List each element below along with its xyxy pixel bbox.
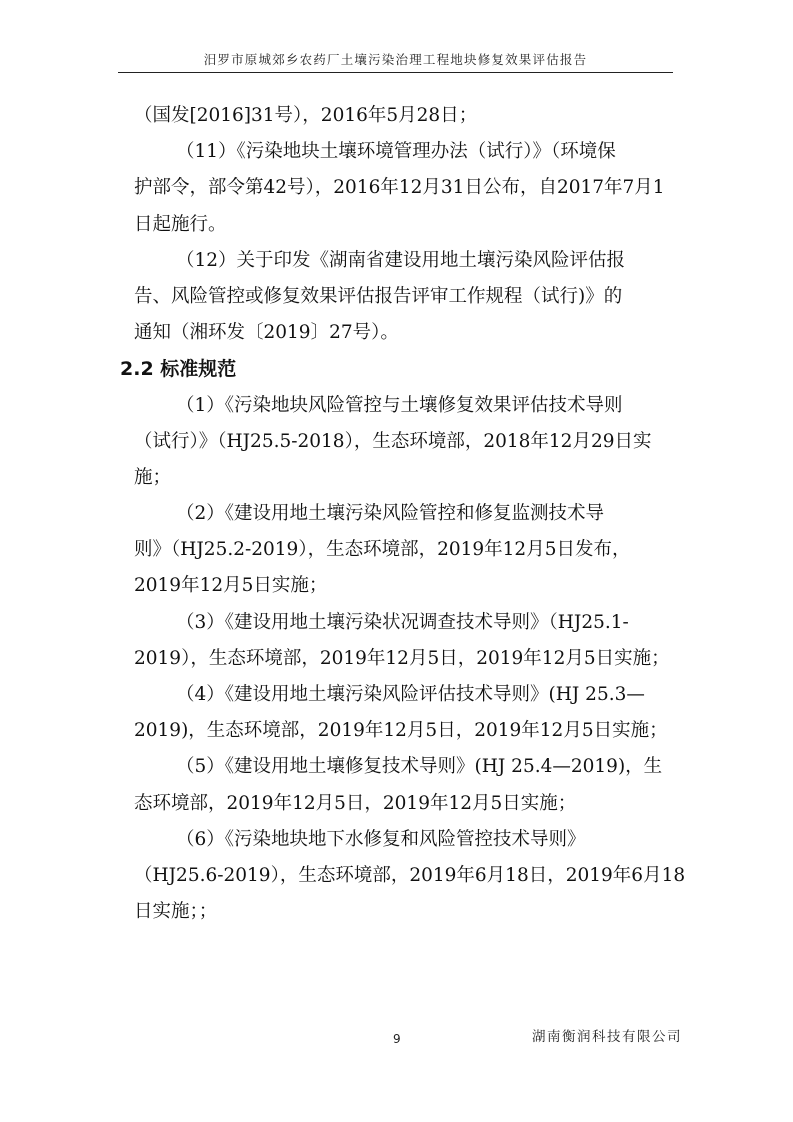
standard-item-3: （3）《建设用地土壤污染状况调查技术导则》（HJ25.1-: [134, 605, 674, 641]
regulation-item-11: （11）《污染地块土壤环境管理办法（试行）》（环境保: [134, 134, 674, 170]
body-line: 护部令，部令第42号），2016年12月31日公布，自2017年7月1: [134, 170, 674, 206]
body-line: 日实施；；: [134, 894, 674, 930]
standard-item-6: （6）《污染地块地下水修复和风险管控技术导则》: [134, 822, 674, 858]
body-line: 2019），生态环境部，2019年12月5日，2019年12月5日实施；: [134, 641, 674, 677]
section-heading: 2.2 标准规范: [120, 351, 674, 387]
body-line: （试行）》（HJ25.5-2018），生态环境部，2018年12月29日实: [134, 424, 674, 460]
body-line: （国发[2016]31号），2016年5月28日；: [134, 98, 674, 134]
body-line: 则》（HJ25.2-2019），生态环境部，2019年12月5日发布，: [134, 532, 674, 568]
company-name: 湖南衡润科技有限公司: [532, 1025, 682, 1045]
standard-item-2: （2）《建设用地土壤污染风险管控和修复监测技术导: [134, 496, 674, 532]
standard-item-5: （5）《建设用地土壤修复技术导则》(HJ 25.4—2019)，生: [134, 749, 674, 785]
body-line: 日起施行。: [134, 207, 674, 243]
body-line: 2019)，生态环境部，2019年12月5日，2019年12月5日实施；: [134, 713, 674, 749]
header-divider: [118, 72, 673, 73]
document-body: （国发[2016]31号），2016年5月28日； （11）《污染地块土壤环境管…: [134, 98, 674, 930]
standard-item-4: （4）《建设用地土壤污染风险评估技术导则》(HJ 25.3—: [134, 677, 674, 713]
body-line: 通知（湘环发〔2019〕27号）。: [134, 315, 674, 351]
regulation-item-12: （12）关于印发《湖南省建设用地土壤污染风险评估报: [134, 243, 674, 279]
body-line: （HJ25.6-2019），生态环境部，2019年6月18日，2019年6月18: [134, 858, 674, 894]
running-header: 汨罗市原城郊乡农药厂土壤污染治理工程地块修复效果评估报告: [118, 50, 673, 68]
body-line: 态环境部，2019年12月5日，2019年12月5日实施；: [134, 786, 674, 822]
page-number: 9: [393, 1032, 401, 1046]
body-line: 施；: [134, 460, 674, 496]
standard-item-1: （1）《污染地块风险管控与土壤修复效果评估技术导则: [134, 388, 674, 424]
body-line: 告、风险管控或修复效果评估报告评审工作规程（试行)》的: [134, 279, 674, 315]
body-line: 2019年12月5日实施；: [134, 568, 674, 604]
